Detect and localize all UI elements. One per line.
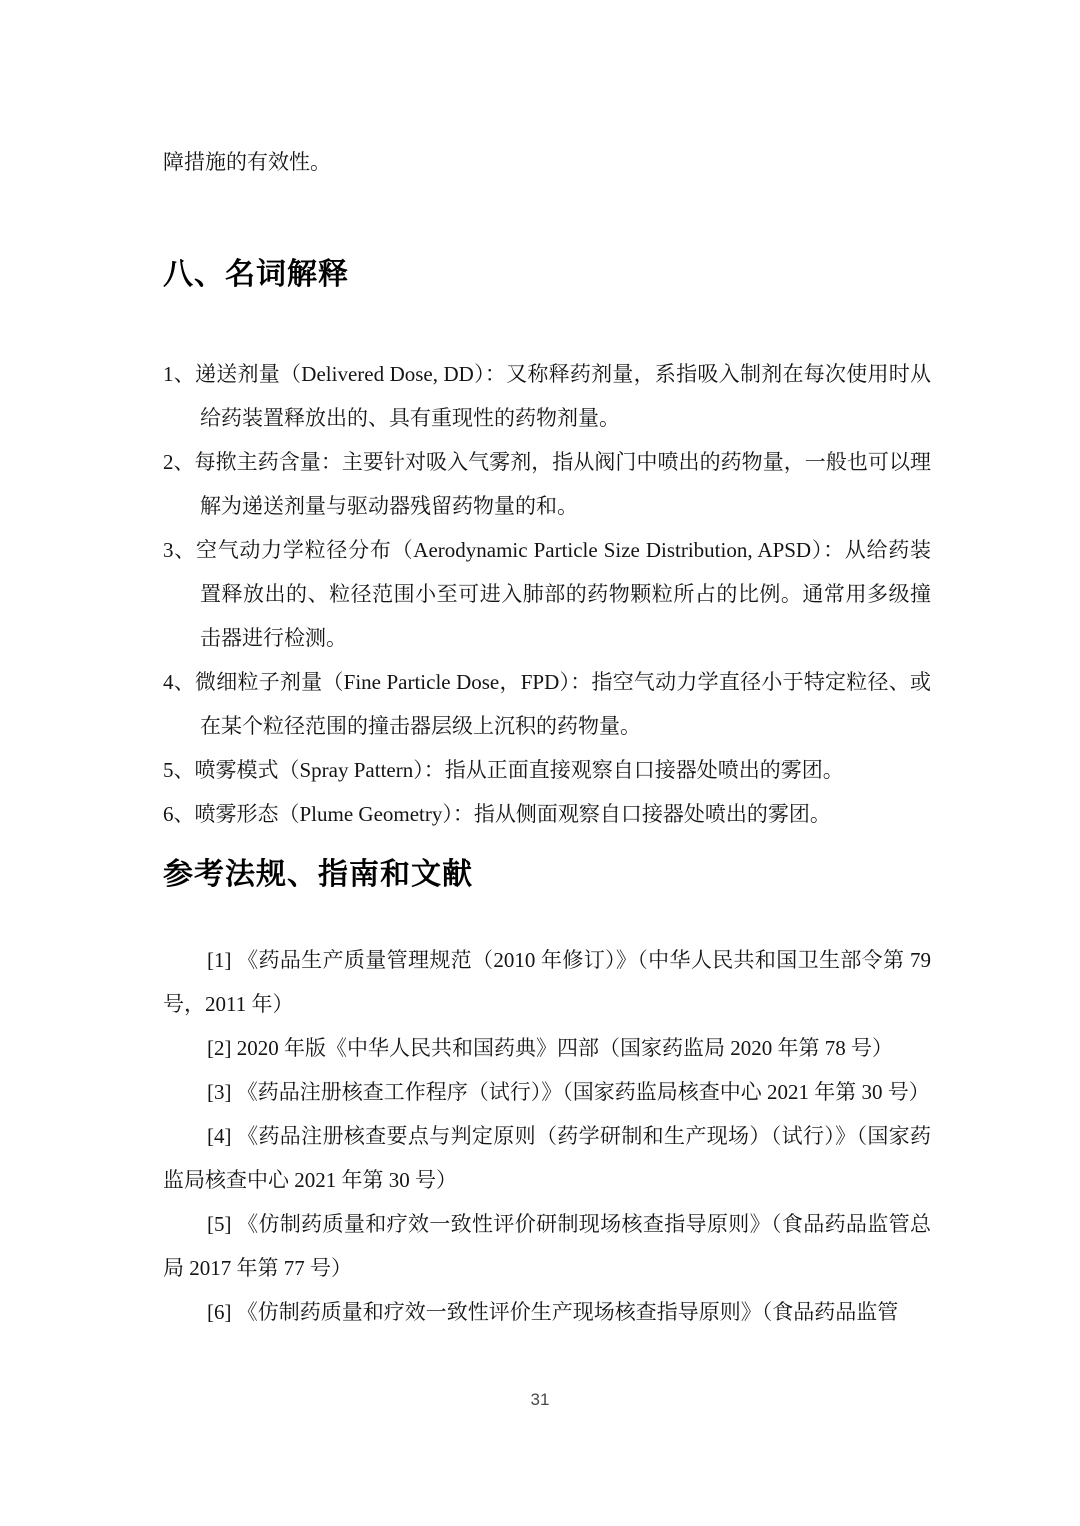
references-section-heading: 参考法规、指南和文献 [163, 856, 931, 894]
reference-text: 《药品注册核查工作程序（试行）》（国家药监局核查中心 2021 年第 30 号） [237, 1080, 930, 1104]
reference-text: 《仿制药质量和疗效一致性评价生产现场核查指导原则》（食品药品监管 [237, 1300, 899, 1324]
reference-item-1: [1] 《药品生产质量管理规范（2010 年修订）》（中华人民共和国卫生部令第 … [163, 938, 931, 1026]
reference-label: [3] [207, 1080, 232, 1104]
glossary-item-text: 微细粒子剂量（Fine Particle Dose，FPD）：指空气动力学直径小… [195, 670, 931, 738]
reference-item-3: [3] 《药品注册核查工作程序（试行）》（国家药监局核查中心 2021 年第 3… [163, 1070, 931, 1114]
glossary-item-1: 1、递送剂量（Delivered Dose, DD）：又称释药剂量，系指吸入制剂… [163, 352, 931, 440]
reference-item-5: [5] 《仿制药质量和疗效一致性评价研制现场核查指导原则》（食品药品监管总局 2… [163, 1202, 931, 1290]
glossary-item-text: 递送剂量（Delivered Dose, DD）：又称释药剂量，系指吸入制剂在每… [195, 362, 931, 430]
glossary-item-number: 5、 [163, 758, 195, 782]
intro-paragraph: 障措施的有效性。 [163, 140, 931, 184]
glossary-item-text: 空气动力学粒径分布（Aerodynamic Particle Size Dist… [196, 538, 931, 650]
reference-list: [1] 《药品生产质量管理规范（2010 年修订）》（中华人民共和国卫生部令第 … [163, 938, 931, 1334]
glossary-item-3: 3、空气动力学粒径分布（Aerodynamic Particle Size Di… [163, 528, 931, 660]
reference-item-2: [2] 2020 年版《中华人民共和国药典》四部（国家药监局 2020 年第 7… [163, 1026, 931, 1070]
reference-label: [2] [207, 1036, 232, 1060]
reference-label: [5] [207, 1212, 232, 1236]
document-page: 障措施的有效性。 八、名词解释 1、递送剂量（Delivered Dose, D… [0, 0, 1080, 1526]
reference-label: [6] [207, 1300, 232, 1324]
page-number: 31 [0, 1390, 1080, 1410]
reference-text: 《仿制药质量和疗效一致性评价研制现场核查指导原则》（食品药品监管总局 2017 … [163, 1212, 931, 1280]
glossary-item-5: 5、喷雾模式（Spray Pattern）：指从正面直接观察自口接器处喷出的雾团… [163, 748, 931, 792]
reference-text: 《药品注册核查要点与判定原则（药学研制和生产现场）（试行）》（国家药监局核查中心… [163, 1124, 931, 1192]
glossary-item-2: 2、每揿主药含量：主要针对吸入气雾剂，指从阀门中喷出的药物量，一般也可以理解为递… [163, 440, 931, 528]
glossary-item-number: 2、 [163, 450, 195, 474]
glossary-section-heading: 八、名词解释 [163, 256, 931, 294]
reference-item-4: [4] 《药品注册核查要点与判定原则（药学研制和生产现场）（试行）》（国家药监局… [163, 1114, 931, 1202]
glossary-item-number: 1、 [163, 362, 195, 386]
glossary-item-number: 6、 [163, 802, 195, 826]
reference-label: [1] [207, 948, 232, 972]
reference-item-6: [6] 《仿制药质量和疗效一致性评价生产现场核查指导原则》（食品药品监管 [163, 1290, 931, 1334]
glossary-item-text: 喷雾形态（Plume Geometry）：指从侧面观察自口接器处喷出的雾团。 [195, 802, 831, 826]
glossary-item-text: 喷雾模式（Spray Pattern）：指从正面直接观察自口接器处喷出的雾团。 [195, 758, 844, 782]
glossary-item-number: 4、 [163, 670, 195, 694]
glossary-item-4: 4、微细粒子剂量（Fine Particle Dose，FPD）：指空气动力学直… [163, 660, 931, 748]
reference-text: 《药品生产质量管理规范（2010 年修订）》（中华人民共和国卫生部令第 79 号… [163, 948, 931, 1016]
glossary-item-6: 6、喷雾形态（Plume Geometry）：指从侧面观察自口接器处喷出的雾团。 [163, 792, 931, 836]
reference-text: 2020 年版《中华人民共和国药典》四部（国家药监局 2020 年第 78 号） [237, 1036, 893, 1060]
glossary-item-number: 3、 [163, 538, 196, 562]
glossary-list: 1、递送剂量（Delivered Dose, DD）：又称释药剂量，系指吸入制剂… [163, 352, 931, 836]
glossary-item-text: 每揿主药含量：主要针对吸入气雾剂，指从阀门中喷出的药物量，一般也可以理解为递送剂… [195, 450, 931, 518]
reference-label: [4] [207, 1124, 232, 1148]
